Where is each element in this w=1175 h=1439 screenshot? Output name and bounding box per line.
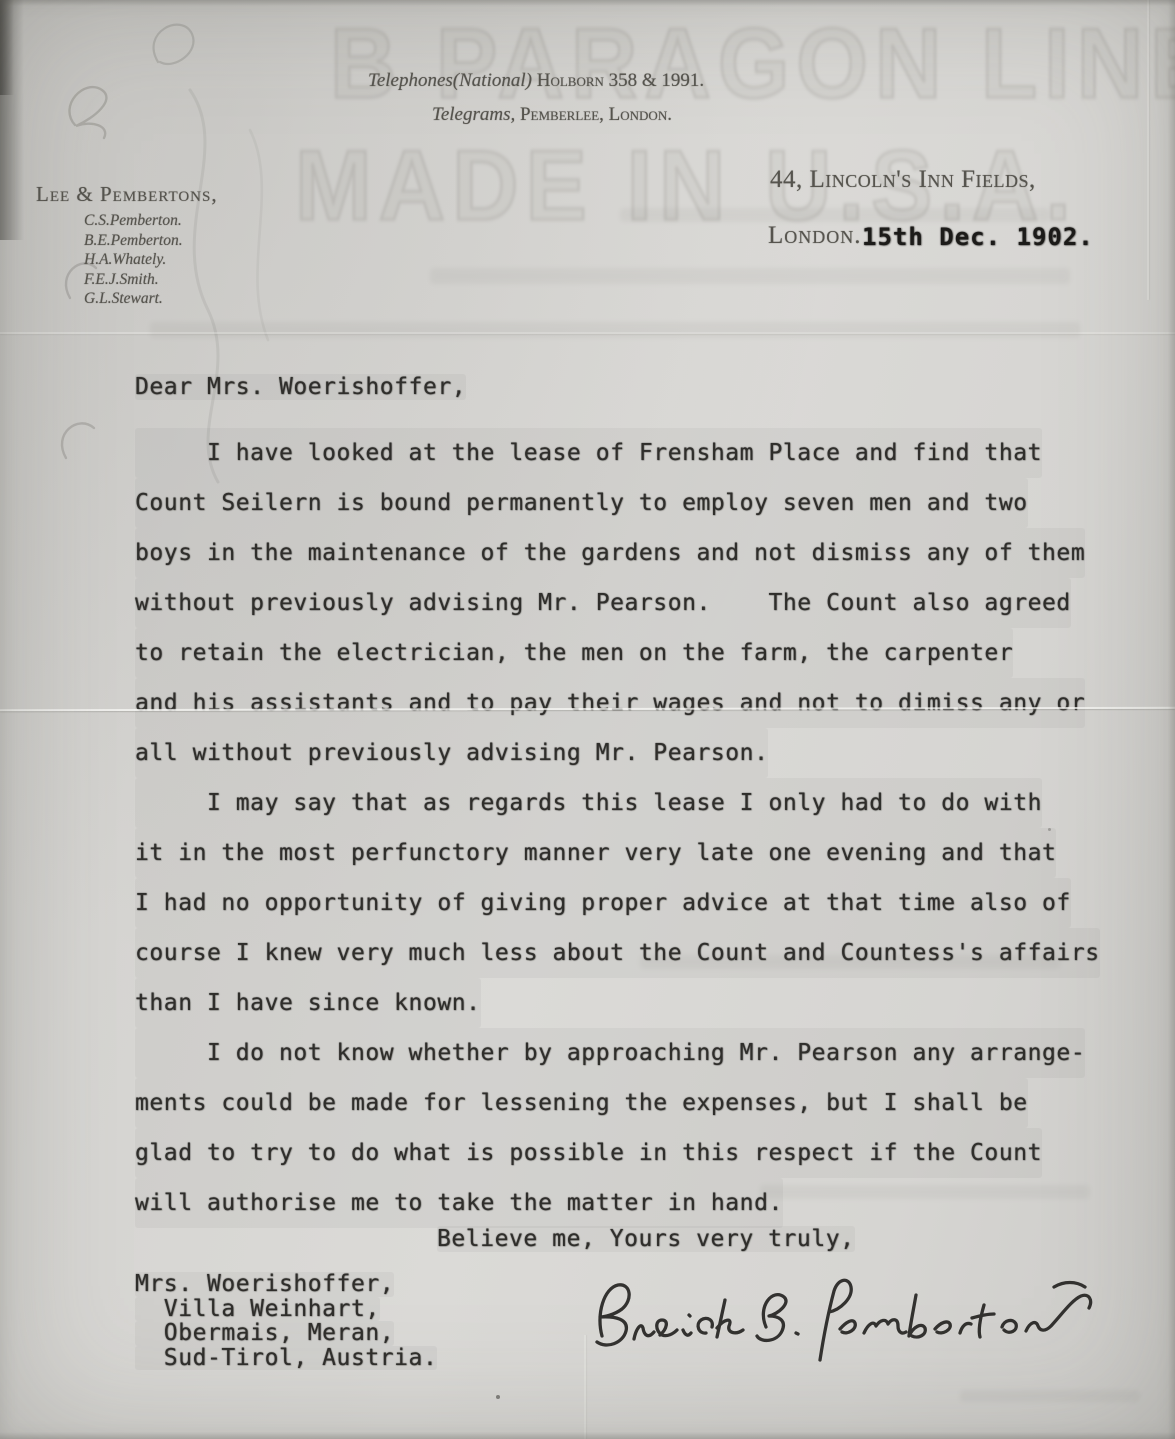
- body-line: it in the most perfunctory manner very l…: [135, 828, 1056, 878]
- crease-right: [1147, 0, 1149, 300]
- body-line: than I have since known.: [135, 978, 481, 1028]
- body-line: Count Seilern is bound permanently to em…: [135, 478, 1028, 528]
- recipient-address: Mrs. Woerishoffer, Villa Weinhart, Oberm…: [135, 1272, 437, 1370]
- scanned-letter-page: B PARAGON LINEN. MADE IN U.S.A. Telephon…: [0, 0, 1175, 1439]
- city-label: London.: [768, 222, 862, 250]
- address-line: 44, Lincoln's Inn Fields,: [770, 166, 1036, 194]
- body-line: I had no opportunity of giving proper ad…: [135, 878, 1071, 928]
- partner-name: C.S.Pemberton.: [84, 211, 183, 231]
- letter-body: I have looked at the lease of Frensham P…: [135, 428, 1145, 1228]
- firm-name: Lee & Pembertons,: [36, 182, 218, 207]
- salutation-text: Dear Mrs. Woerishoffer,: [135, 374, 466, 400]
- recipient-line: Mrs. Woerishoffer,: [135, 1272, 394, 1297]
- signature: [588, 1272, 1093, 1364]
- partner-name: B.E.Pemberton.: [84, 231, 183, 251]
- scan-edge-shadow: [0, 1432, 1175, 1439]
- telephones-label: Telephones(National): [368, 70, 532, 91]
- recipient-line: Villa Weinhart,: [135, 1297, 380, 1322]
- scan-edge-shadow: [0, 0, 24, 240]
- scan-corner-shadow: [0, 0, 14, 95]
- scan-edge-shadow: [1168, 0, 1175, 1439]
- body-line: all without previously advising Mr. Pear…: [135, 728, 768, 778]
- closing: Believe me, Yours very truly,: [437, 1226, 855, 1252]
- ink-showthrough: [960, 1390, 1140, 1402]
- typed-date: 15th Dec. 1902.: [862, 223, 1094, 251]
- closing-text: Believe me, Yours very truly,: [437, 1226, 855, 1252]
- partner-name: F.E.J.Smith.: [84, 270, 183, 290]
- body-line: and his assistants and to pay their wage…: [135, 678, 1085, 728]
- body-line: glad to try to do what is possible in th…: [135, 1128, 1042, 1178]
- body-line: course I knew very much less about the C…: [135, 928, 1100, 978]
- salutation: Dear Mrs. Woerishoffer,: [135, 374, 466, 400]
- partner-name: G.L.Stewart.: [84, 289, 183, 309]
- body-line: ments could be made for lessening the ex…: [135, 1078, 1028, 1128]
- telephones-value: Holborn 358 & 1991.: [532, 70, 704, 91]
- telephones-line: Telephones(National) Holborn 358 & 1991.: [368, 70, 704, 92]
- telegrams-value: Pemberlee, London.: [515, 104, 672, 125]
- recipient-line: Obermais, Meran,: [135, 1321, 394, 1346]
- body-line: I do not know whether by approaching Mr.…: [135, 1028, 1085, 1078]
- telegrams-label: Telegrams,: [432, 104, 515, 125]
- scan-edge-shadow: [0, 0, 1175, 6]
- body-line: will authorise me to take the matter in …: [135, 1178, 783, 1228]
- body-line: I have looked at the lease of Frensham P…: [135, 428, 1042, 478]
- ink-showthrough: [620, 208, 1050, 222]
- ink-speck: [496, 1395, 500, 1399]
- partner-name: H.A.Whately.: [84, 250, 183, 270]
- body-line: to retain the electrician, the men on th…: [135, 628, 1013, 678]
- ink-showthrough: [430, 268, 1070, 284]
- body-line: boys in the maintenance of the gardens a…: [135, 528, 1085, 578]
- telegrams-line: Telegrams, Pemberlee, London.: [432, 104, 672, 126]
- partner-list: C.S.Pemberton.B.E.Pemberton.H.A.Whately.…: [84, 211, 183, 309]
- crease-bottom: [584, 1335, 586, 1439]
- body-line: I may say that as regards this lease I o…: [135, 778, 1042, 828]
- recipient-line: Sud-Tirol, Austria.: [135, 1346, 437, 1371]
- body-line: without previously advising Mr. Pearson.…: [135, 578, 1071, 628]
